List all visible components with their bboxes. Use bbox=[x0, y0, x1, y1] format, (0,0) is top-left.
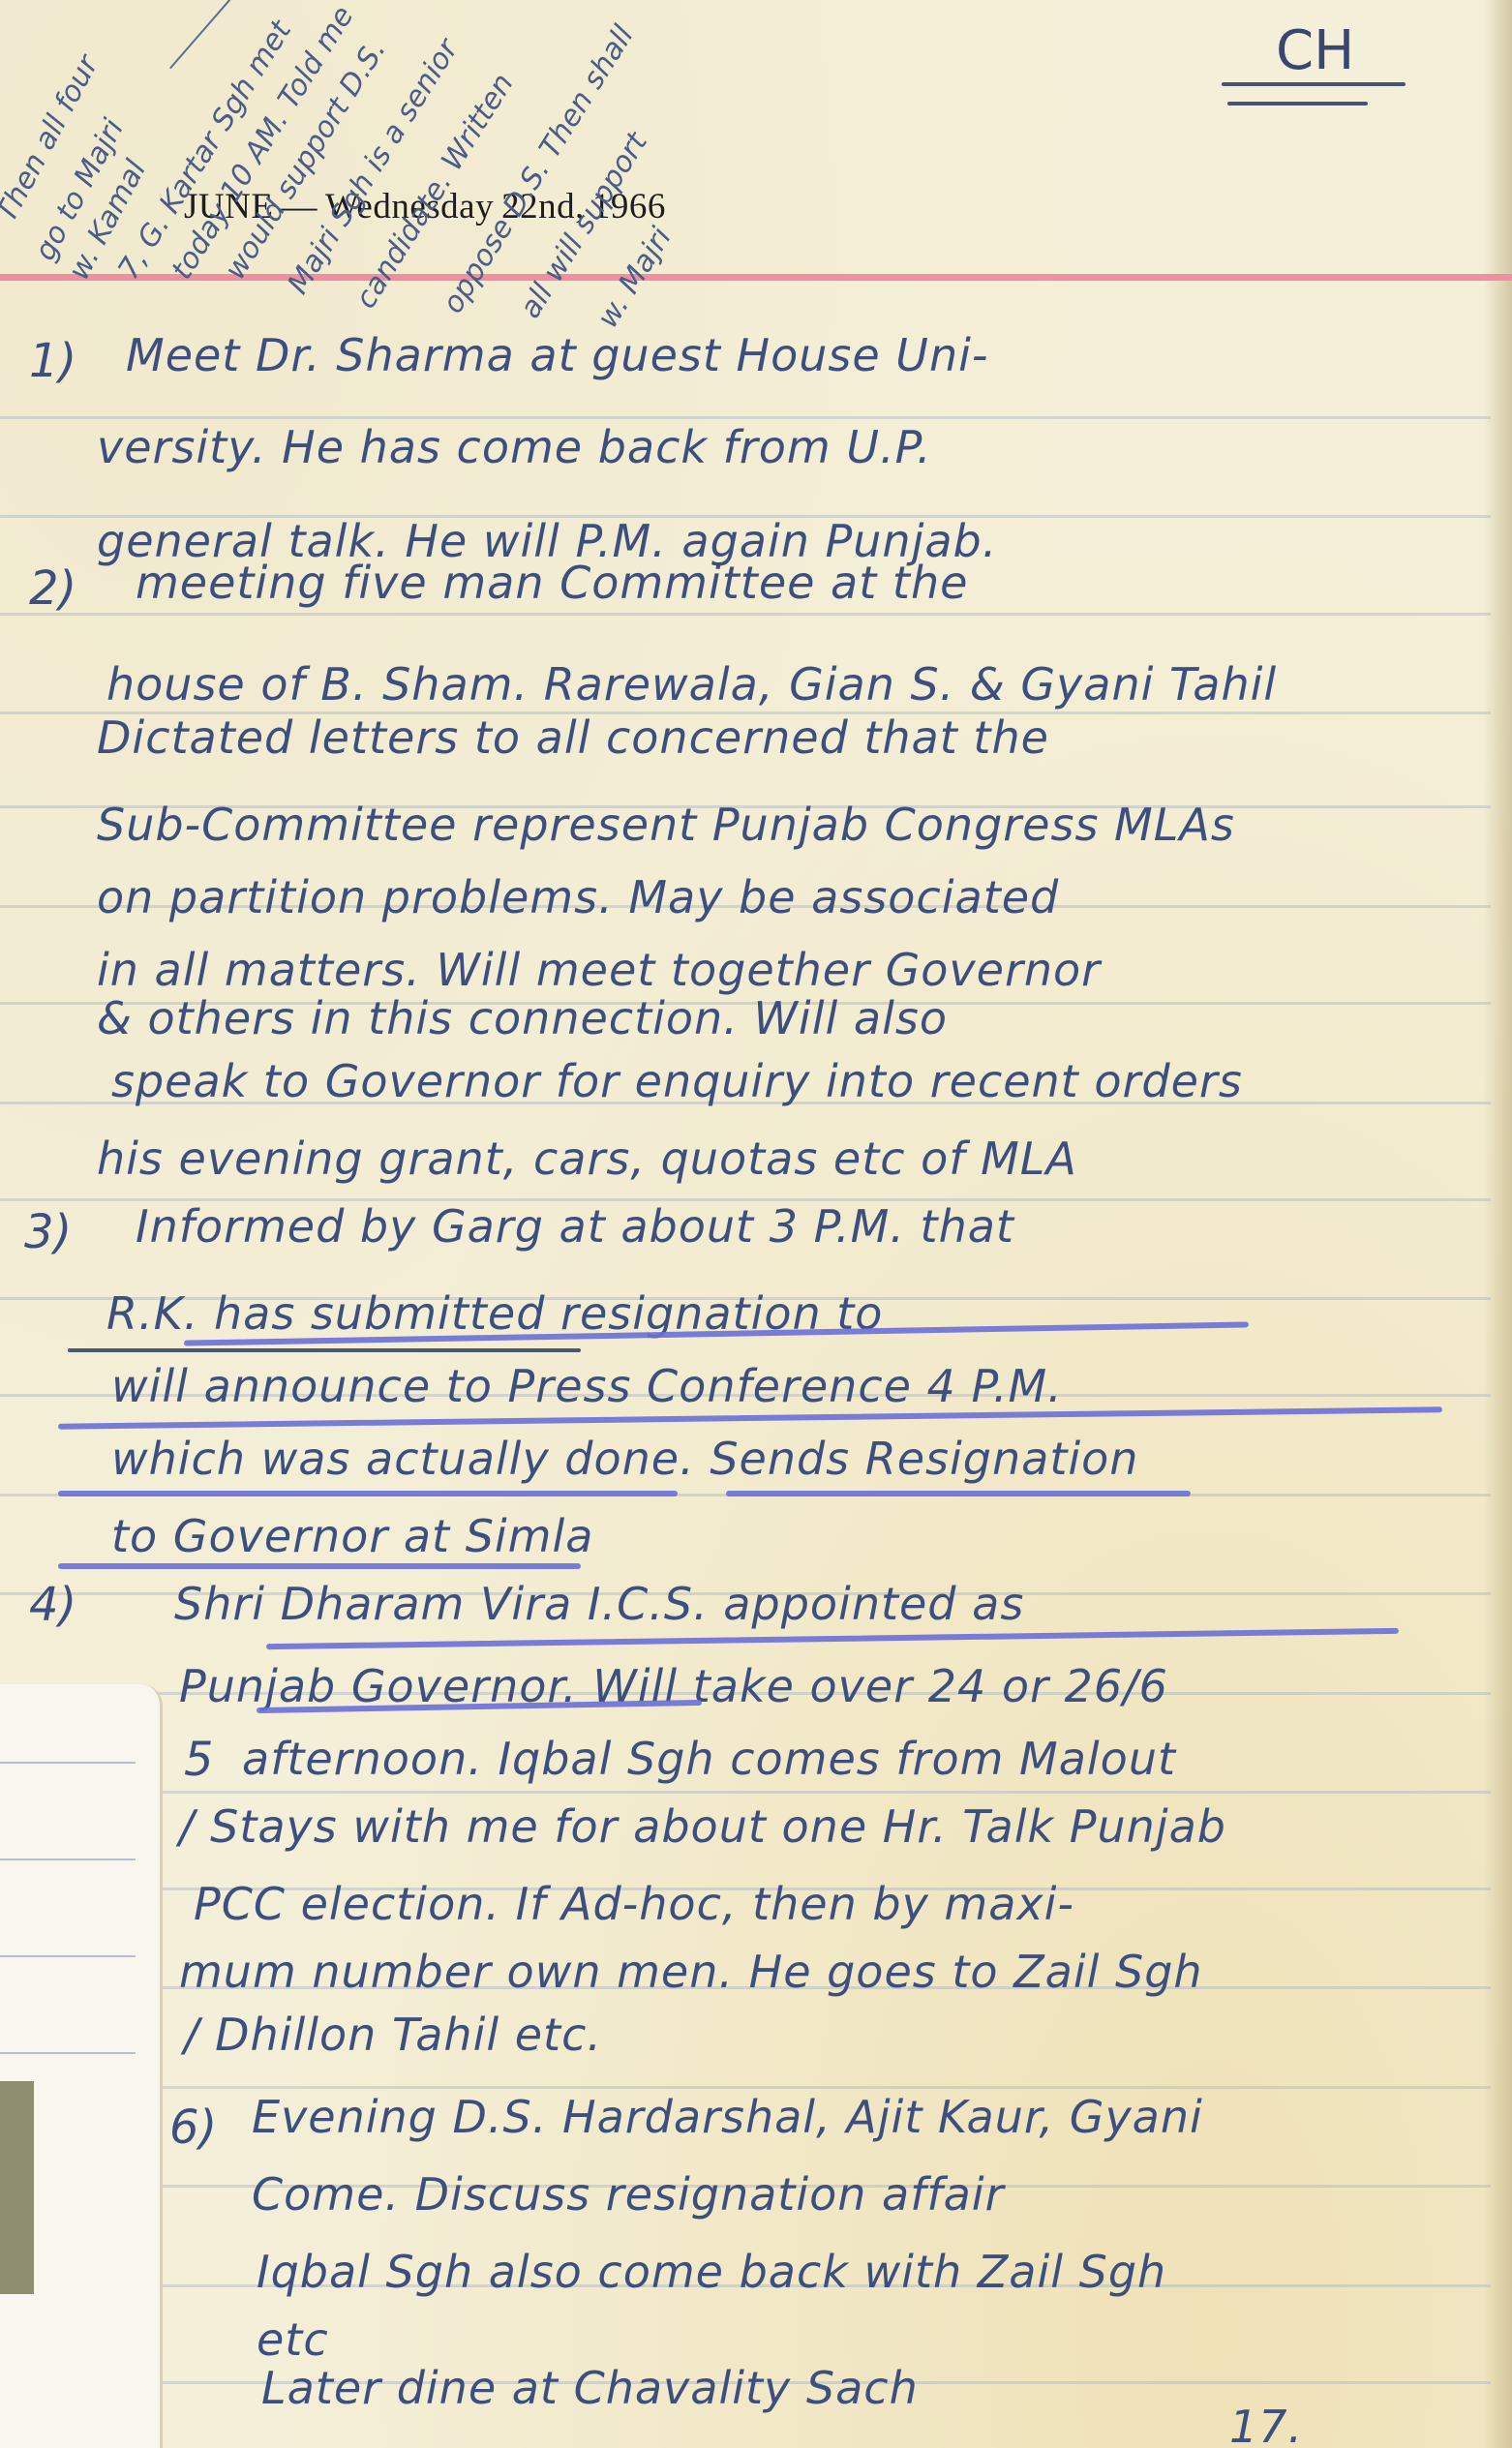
entry-line: house of B. Sham. Rarewala, Gian S. & Gy… bbox=[106, 658, 1277, 710]
ruled-line bbox=[0, 1791, 1491, 1794]
entry-line: will announce to Press Conference 4 P.M. bbox=[111, 1360, 1063, 1412]
tab-ruled-line bbox=[0, 1762, 136, 1764]
underline bbox=[58, 1563, 581, 1569]
entry-line: Come. Discuss resignation affair bbox=[252, 2168, 1004, 2221]
diary-page: JUNE—Wednesday22nd,1966 CH Then all four… bbox=[0, 0, 1512, 2448]
entry-line: which was actually done. Sends Resignati… bbox=[111, 1433, 1138, 1485]
entry-number: 3) bbox=[24, 1205, 72, 1259]
entry-line: PCC election. If Ad-hoc, then by maxi- bbox=[194, 1878, 1074, 1930]
entry-number: 4) bbox=[29, 1578, 76, 1632]
entry-line: Iqbal Sgh also come back with Zail Sgh bbox=[257, 2246, 1166, 2298]
entry-line: Informed by Garg at about 3 P.M. that bbox=[136, 1200, 1014, 1253]
entry-number: 5 bbox=[184, 1733, 214, 1787]
binding-cloth bbox=[0, 2081, 34, 2294]
entry-line: to Governor at Simla bbox=[111, 1510, 593, 1562]
tab-ruled-line bbox=[0, 1955, 136, 1957]
entry-line: / Stays with me for about one Hr. Talk P… bbox=[179, 1800, 1226, 1853]
entry-number: 6) bbox=[169, 2100, 217, 2155]
underline bbox=[266, 1628, 1399, 1649]
underline bbox=[58, 1491, 678, 1496]
entry-line: meeting five man Committee at the bbox=[136, 557, 968, 609]
page-edge-shadow bbox=[1483, 0, 1512, 2448]
ruled-line bbox=[0, 613, 1491, 616]
entry-line: 17. bbox=[1229, 2401, 1303, 2448]
entry-line: Later dine at Chavality Sach bbox=[261, 2362, 919, 2414]
entry-line: Evening D.S. Hardarshal, Ajit Kaur, Gyan… bbox=[252, 2091, 1203, 2143]
tab-ruled-line bbox=[0, 2052, 136, 2054]
entry-number: 1) bbox=[29, 334, 76, 388]
entry-line: on partition problems. May be associated bbox=[97, 871, 1059, 923]
entry-line: etc bbox=[257, 2313, 329, 2366]
entry-line: versity. He has come back from U.P. bbox=[97, 421, 932, 473]
entry-line: speak to Governor for enquiry into recen… bbox=[111, 1055, 1243, 1107]
notebook-tab bbox=[0, 1684, 163, 2448]
corner-mark-underline bbox=[1227, 102, 1368, 106]
corner-mark-underline bbox=[1222, 82, 1406, 86]
entry-line: in all matters. Will meet together Gover… bbox=[97, 944, 1101, 996]
entry-line: his evening grant, cars, quotas etc of M… bbox=[97, 1133, 1077, 1185]
entry-line: / Dhillon Tahil etc. bbox=[184, 2009, 602, 2061]
corner-mark: CH bbox=[1276, 19, 1354, 82]
entry-line: Meet Dr. Sharma at guest House Uni- bbox=[126, 329, 988, 381]
tab-ruled-line bbox=[0, 1859, 136, 1860]
entry-line: Dictated letters to all concerned that t… bbox=[97, 711, 1049, 764]
ruled-line bbox=[0, 2086, 1491, 2089]
entry-number: 2) bbox=[29, 561, 76, 616]
entry-line: Sub-Committee represent Punjab Congress … bbox=[97, 799, 1235, 851]
underline bbox=[68, 1348, 581, 1352]
entry-line: afternoon. Iqbal Sgh comes from Malout bbox=[242, 1733, 1176, 1785]
entry-line: mum number own men. He goes to Zail Sgh bbox=[179, 1946, 1203, 1998]
entry-line: Shri Dharam Vira I.C.S. appointed as bbox=[174, 1578, 1024, 1630]
entry-line: & others in this connection. Will also bbox=[97, 992, 948, 1044]
ruled-line bbox=[0, 416, 1491, 419]
underline bbox=[726, 1491, 1191, 1496]
header-red-rule bbox=[0, 274, 1512, 281]
